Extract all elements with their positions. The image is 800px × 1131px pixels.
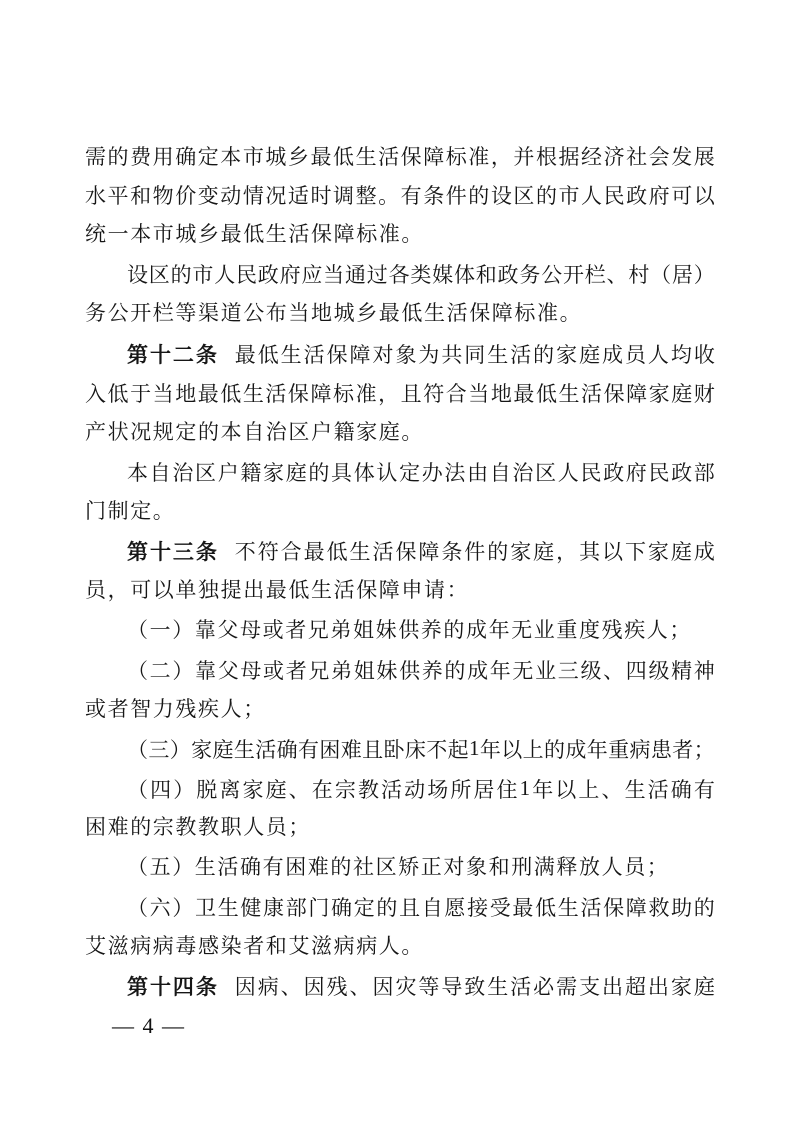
document-body: 需的费用确定本市城乡最低生活保障标准，并根据经济社会发展水平和物价变动情况适时调… [85,136,715,1006]
body-line: 困难的宗教教职人员； [85,808,715,848]
body-line: 需的费用确定本市城乡最低生活保障标准，并根据经济社会发展 [85,136,715,176]
body-line: 水平和物价变动情况适时调整。有条件的设区的市人民政府可以 [85,176,715,216]
body-line: （三）家庭生活确有困难且卧床不起1年以上的成年重病患者； [85,729,715,769]
page-number: — 4 — [112,1013,186,1039]
body-line: （四）脱离家庭、在宗教活动场所居住1年以上、生活确有 [85,769,715,809]
body-line: 或者智力残疾人； [85,690,715,730]
body-line: 艾滋病病毒感染者和艾滋病病人。 [85,927,715,967]
article-line: 第十四条因病、因残、因灾等导致生活必需支出超出家庭 [85,966,715,1006]
body-line: （一）靠父母或者兄弟姐妹供养的成年无业重度残疾人； [85,611,715,651]
body-line: 入低于当地最低生活保障标准，且符合当地最低生活保障家庭财 [85,373,715,413]
body-line: （六）卫生健康部门确定的且自愿接受最低生活保障救助的 [85,887,715,927]
article-line: 第十二条最低生活保障对象为共同生活的家庭成员人均收 [85,334,715,374]
body-line: （五）生活确有困难的社区矫正对象和刑满释放人员； [85,848,715,888]
article-line: 第十三条不符合最低生活保障条件的家庭，其以下家庭成 [85,531,715,571]
document-page: 需的费用确定本市城乡最低生活保障标准，并根据经济社会发展水平和物价变动情况适时调… [0,0,800,1131]
body-line: 员，可以单独提出最低生活保障申请： [85,571,715,611]
body-line: 统一本市城乡最低生活保障标准。 [85,215,715,255]
body-line: 设区的市人民政府应当通过各类媒体和政务公开栏、村（居） [85,255,715,295]
body-line: 务公开栏等渠道公布当地城乡最低生活保障标准。 [85,294,715,334]
body-line: 门制定。 [85,492,715,532]
body-line: 产状况规定的本自治区户籍家庭。 [85,413,715,453]
body-line: （二）靠父母或者兄弟姐妹供养的成年无业三级、四级精神 [85,650,715,690]
body-line: 本自治区户籍家庭的具体认定办法由自治区人民政府民政部 [85,452,715,492]
